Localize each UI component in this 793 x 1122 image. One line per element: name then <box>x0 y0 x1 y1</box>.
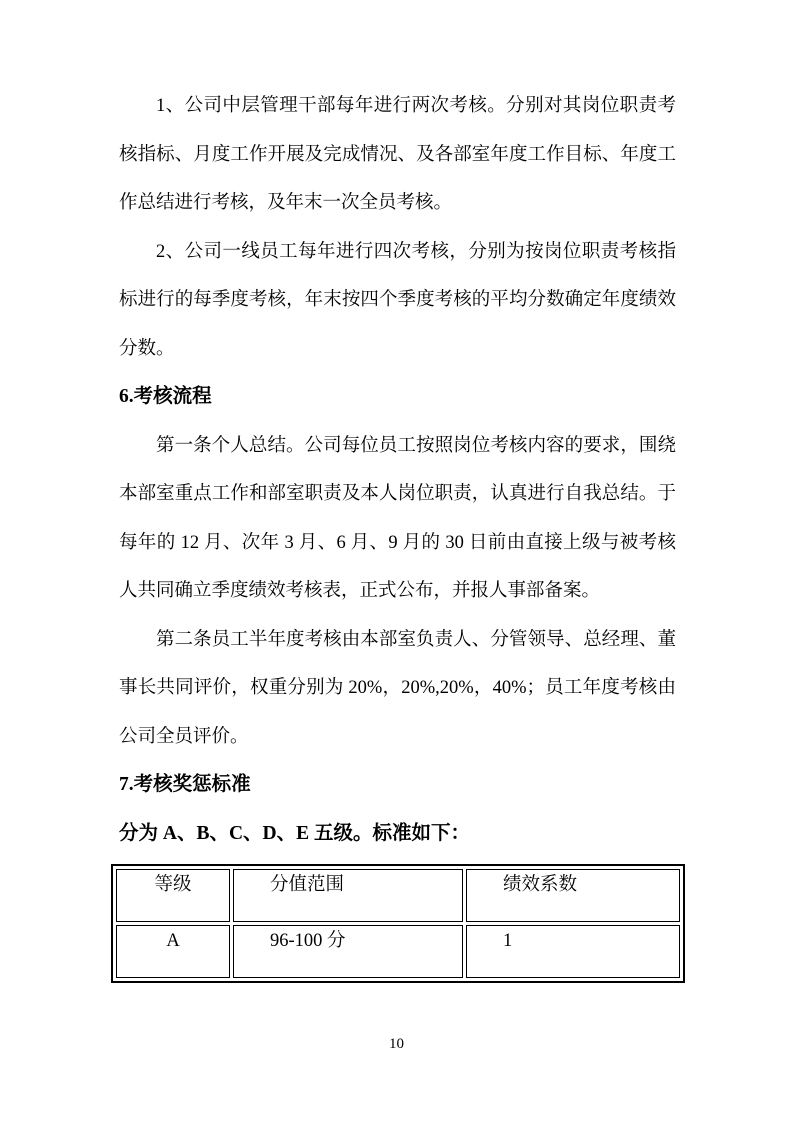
table-header-performance-coefficient: 绩效系数 <box>466 869 680 922</box>
heading-reward-punishment-standard: 7.考核奖惩标准 <box>119 761 676 810</box>
paragraph-personal-summary: 第一条个人总结。公司每位员工按照岗位考核内容的要求，围绕本部室重点工作和部室职责… <box>119 422 676 616</box>
paragraph-midlevel-assessment: 1、公司中层管理干部每年进行两次考核。分别对其岗位职责考核指标、月度工作开展及完… <box>119 82 676 228</box>
table-header-row: 等级 分值范围 绩效系数 <box>116 869 680 922</box>
table-header-grade: 等级 <box>116 869 230 922</box>
paragraph-halfyear-evaluation: 第二条员工半年度考核由本部室负责人、分管领导、总经理、董事长共同评价，权重分别为… <box>119 616 676 762</box>
page-content: 1、公司中层管理干部每年进行两次考核。分别对其岗位职责考核指标、月度工作开展及完… <box>119 82 676 983</box>
table-cell-grade-a: A <box>116 925 230 978</box>
table-header-score-range: 分值范围 <box>233 869 463 922</box>
table-row-grade-a: A 96-100 分 1 <box>116 925 680 978</box>
table-cell-score-range-a: 96-100 分 <box>233 925 463 978</box>
paragraph-frontline-assessment: 2、公司一线员工每年进行四次考核，分别为按岗位职责考核指标进行的每季度考核，年末… <box>119 228 676 374</box>
heading-assessment-process: 6.考核流程 <box>119 373 676 422</box>
grade-levels-line: 分为 A、B、C、D、E 五级。标准如下： <box>119 810 676 859</box>
document-page: 1、公司中层管理干部每年进行两次考核。分别对其岗位职责考核指标、月度工作开展及完… <box>0 0 793 1122</box>
page-number: 10 <box>0 1034 793 1054</box>
grade-standard-table: 等级 分值范围 绩效系数 A 96-100 分 1 <box>111 864 685 983</box>
table-cell-coefficient-a: 1 <box>466 925 680 978</box>
